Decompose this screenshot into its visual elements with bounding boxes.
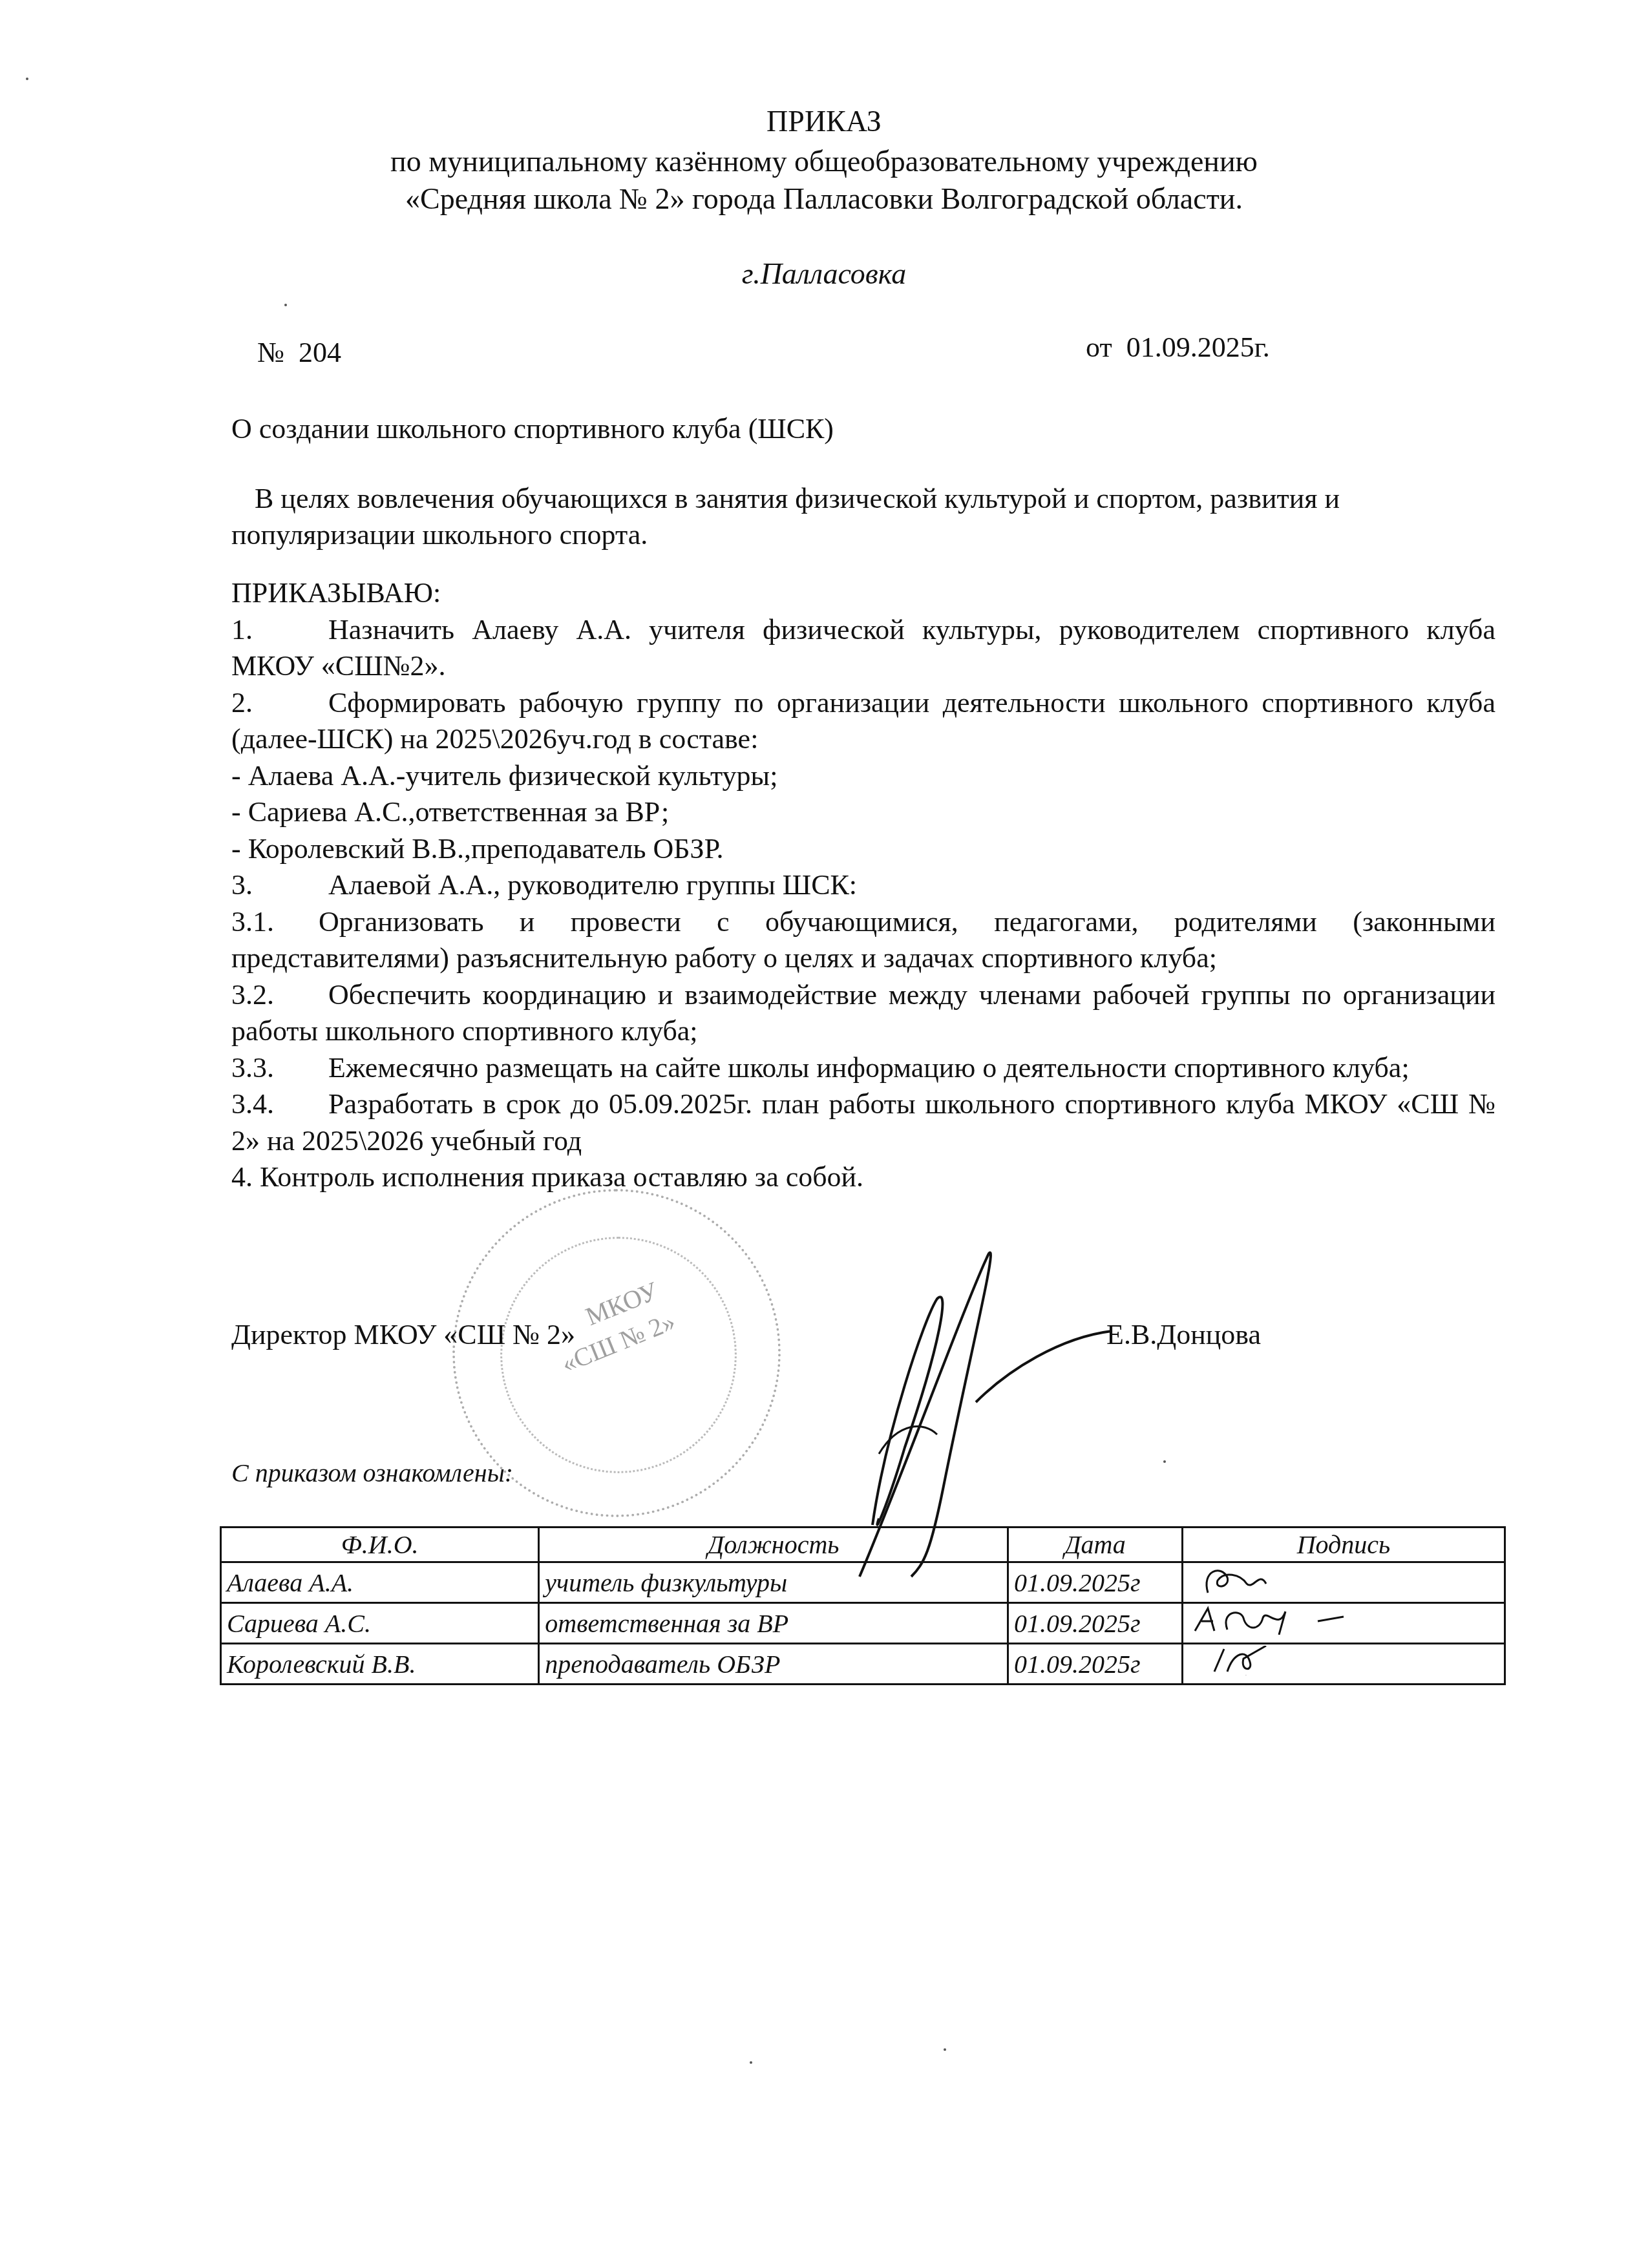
column-header-position: Должность [539, 1528, 1008, 1562]
city: г.Палласовка [0, 256, 1648, 292]
item-3-3: 3.3.Ежемесячно размещать на сайте школы … [231, 1050, 1495, 1087]
cell-position: учитель физкультуры [539, 1562, 1008, 1603]
scan-speck [944, 2048, 946, 2051]
group-member-1: - Алаева А.А.-учитель физической культур… [231, 758, 1495, 795]
order-date-value: 01.09.2025г. [1126, 331, 1270, 363]
order-number-value: 204 [299, 337, 341, 368]
acknowledgment-label: С приказом ознакомлены: [231, 1455, 513, 1491]
director-position: Директор МКОУ «СШ № 2» [231, 1317, 575, 1353]
item-3-1: 3.1.Организовать и провести с обучающими… [231, 904, 1495, 977]
order-date: от 01.09.2025г. [1086, 330, 1270, 366]
item-4: 4. Контроль исполнения приказа оставляю … [231, 1159, 1495, 1196]
item-2: 2.Сформировать рабочую группу по организ… [231, 685, 1495, 758]
order-subject: О создании школьного спортивного клуба (… [231, 411, 834, 447]
column-header-date: Дата [1008, 1528, 1183, 1562]
item-3: 3.Алаевой А.А., руководителю группы ШСК: [231, 867, 1495, 904]
cell-date: 01.09.2025г [1008, 1562, 1183, 1603]
column-header-signature: Подпись [1182, 1528, 1505, 1562]
cell-signature [1182, 1603, 1505, 1644]
cell-name: Королевский В.В. [221, 1644, 539, 1685]
table-row: Королевский В.В. преподаватель ОБЗР 01.0… [221, 1644, 1505, 1685]
acknowledgment-table: Ф.И.О. Должность Дата Подпись Алаева А.А… [220, 1526, 1506, 1685]
table-row: Сариева А.С. ответственная за ВР 01.09.2… [221, 1603, 1505, 1644]
preamble: В целях вовлечения обучающихся в занятия… [231, 481, 1495, 553]
cell-position: ответственная за ВР [539, 1603, 1008, 1644]
group-member-3: - Королевский В.В.,преподаватель ОБЗР. [231, 831, 1495, 868]
institution-line-1: по муниципальному казённому общеобразова… [0, 143, 1648, 180]
handwritten-signature-icon [1188, 1646, 1318, 1675]
column-header-name: Ф.И.О. [221, 1528, 539, 1562]
directive: ПРИКАЗЫВАЮ: [231, 575, 1495, 612]
cell-name: Сариева А.С. [221, 1603, 539, 1644]
order-number: № 204 [257, 335, 341, 371]
scan-speck [750, 2061, 752, 2064]
cell-signature [1182, 1644, 1505, 1685]
cell-name: Алаева А.А. [221, 1562, 539, 1603]
table-row: Алаева А.А. учитель физкультуры 01.09.20… [221, 1562, 1505, 1603]
item-1: 1.Назначить Алаеву А.А. учителя физическ… [231, 612, 1495, 685]
cell-date: 01.09.2025г [1008, 1603, 1183, 1644]
order-body: ПРИКАЗЫВАЮ: 1.Назначить Алаеву А.А. учит… [231, 575, 1495, 1196]
cell-date: 01.09.2025г [1008, 1644, 1183, 1685]
item-3-2: 3.2.Обеспечить координацию и взаимодейст… [231, 977, 1495, 1050]
handwritten-signature-icon [1188, 1564, 1292, 1594]
institution-line-2: «Средняя школа № 2» города Палласовки Во… [0, 181, 1648, 217]
cell-signature [1182, 1562, 1505, 1603]
handwritten-signature-icon [1188, 1605, 1357, 1635]
order-date-label: от [1086, 331, 1112, 363]
item-3-4: 3.4.Разработать в срок до 05.09.2025г. п… [231, 1086, 1495, 1159]
scan-speck [284, 304, 287, 306]
group-member-2: - Сариева А.С.,ответственная за ВР; [231, 794, 1495, 831]
cell-position: преподаватель ОБЗР [539, 1644, 1008, 1685]
scan-speck [1163, 1460, 1166, 1463]
table-header-row: Ф.И.О. Должность Дата Подпись [221, 1528, 1505, 1562]
scan-speck [26, 78, 28, 80]
document-title: ПРИКАЗ [0, 103, 1648, 140]
order-number-label: № [257, 337, 284, 368]
